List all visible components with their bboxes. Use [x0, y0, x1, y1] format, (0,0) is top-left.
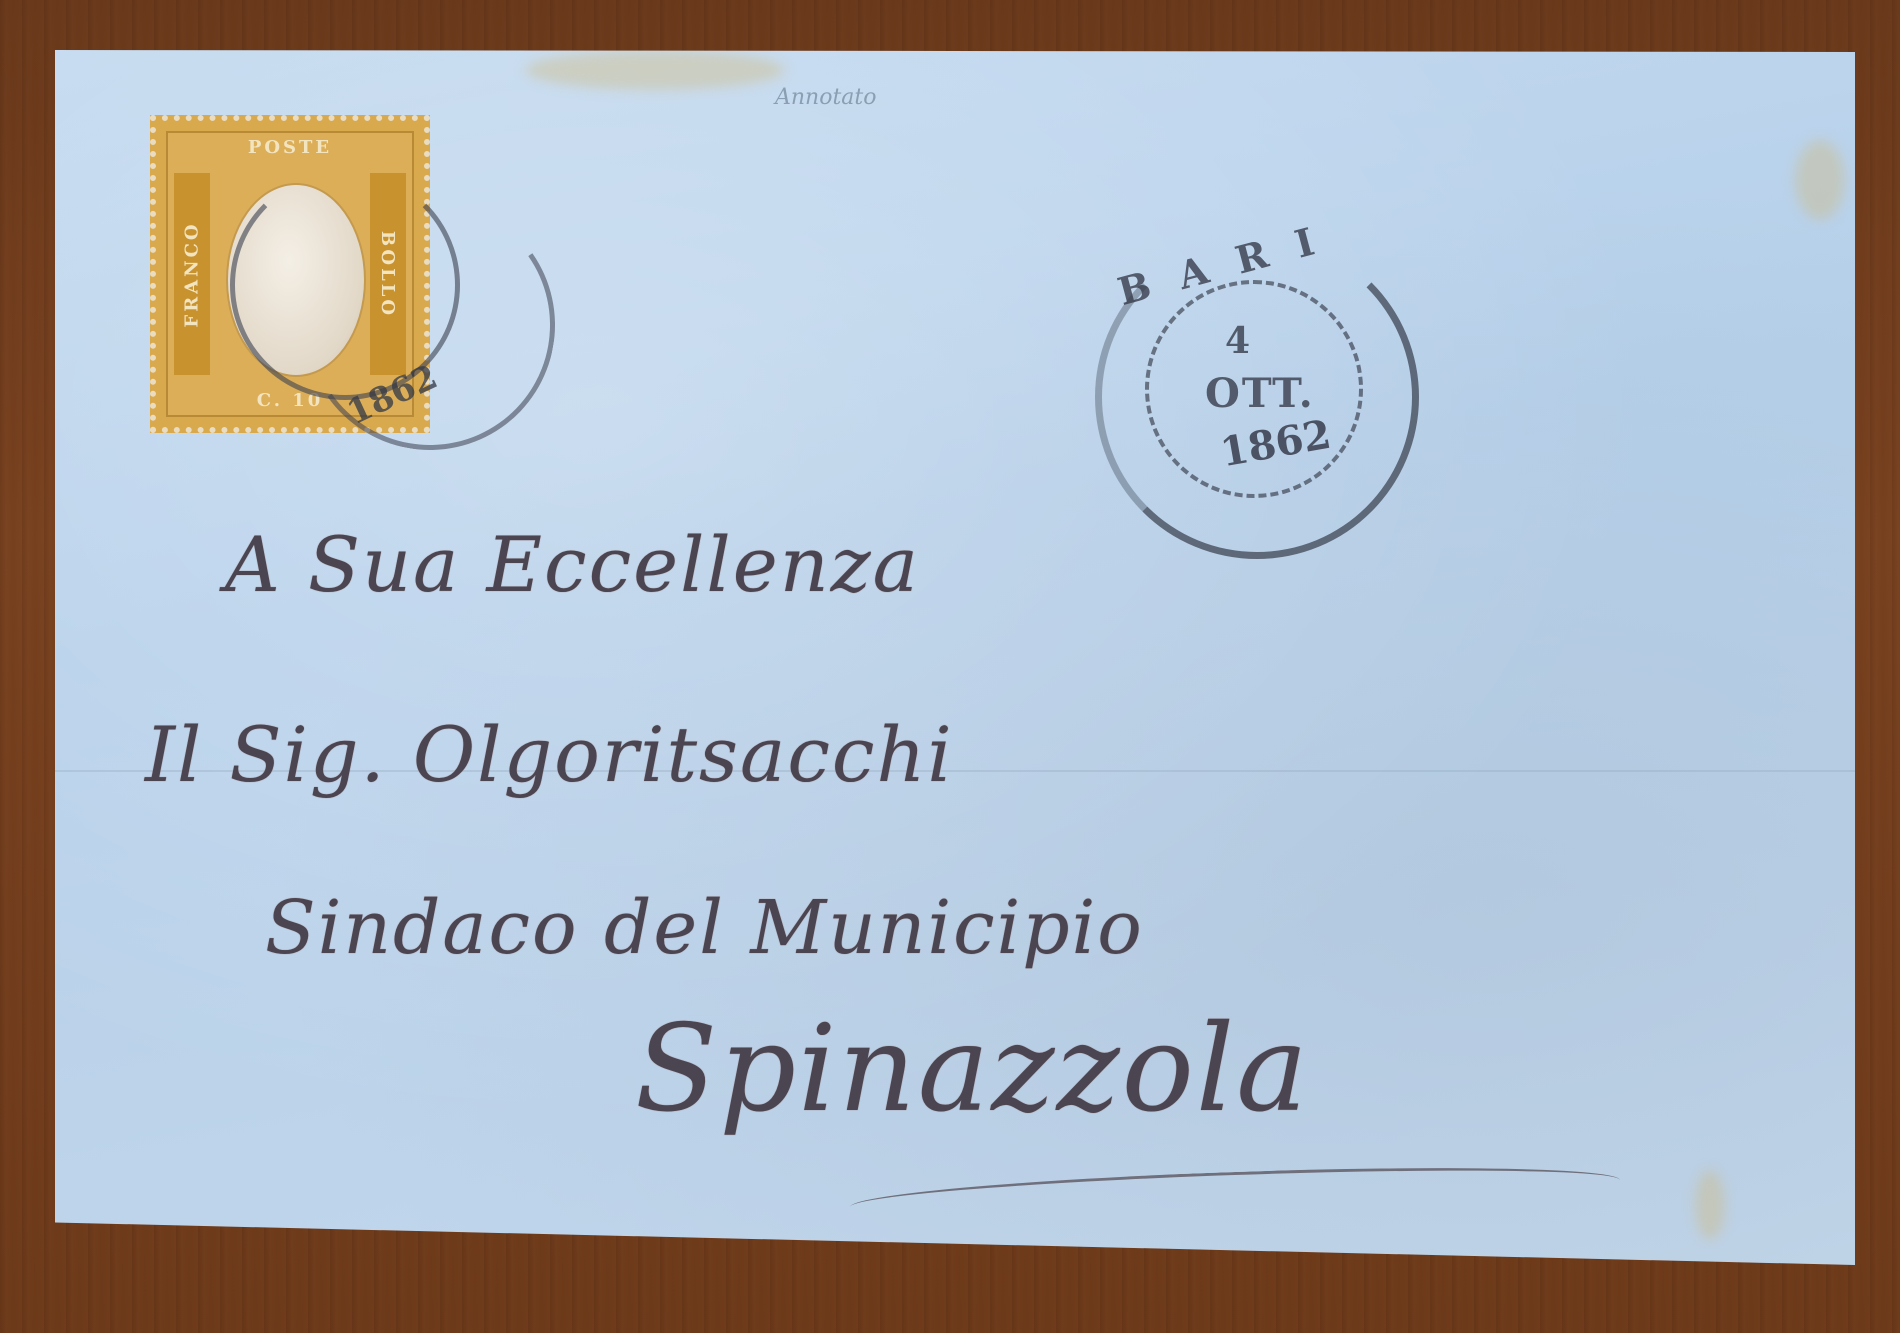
pencil-annotation: Annotato	[775, 85, 877, 110]
paper-stain	[525, 50, 785, 90]
paper-stain	[1695, 1170, 1725, 1240]
address-line-2: Il Sig. Olgoritsacchi	[145, 710, 954, 799]
stamp-top-text: POSTE	[168, 137, 412, 158]
stamp-left-text: FRANCO	[182, 221, 203, 327]
bari-postmark-day: 4	[1225, 320, 1250, 362]
underline-flourish	[849, 1159, 1620, 1229]
bari-postmark-month: OTT.	[1205, 370, 1315, 417]
address-line-3: Sindaco del Municipio	[265, 885, 1144, 971]
paper-stain	[1795, 140, 1845, 220]
stamp-left-label: FRANCO	[174, 173, 210, 375]
address-line-1: A Sua Eccellenza	[225, 520, 920, 609]
letter-entire: Annotato POSTE FRANCO BOLLO C. 10 1862 B…	[55, 50, 1855, 1265]
address-destination: Spinazzola	[635, 1000, 1310, 1139]
